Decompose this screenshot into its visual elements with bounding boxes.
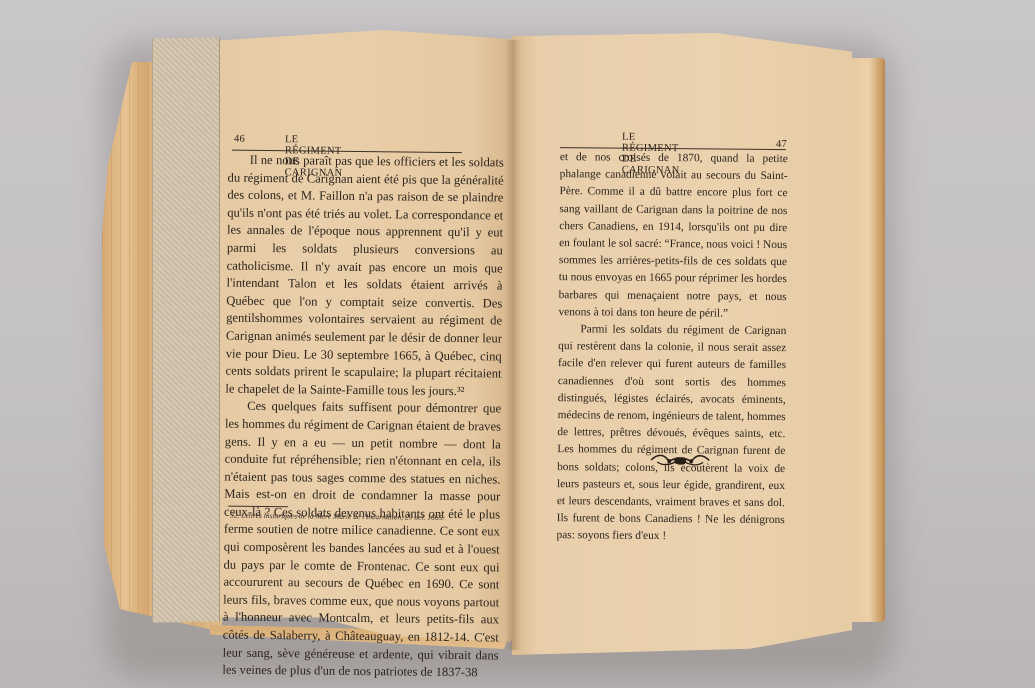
right-paragraph-1: et de nos croisés de 1870, quand la peti…	[558, 149, 787, 323]
cul-de-lampe-ornament-icon	[649, 452, 711, 469]
right-body-text: et de nos croisés de 1870, quand la peti…	[556, 149, 787, 547]
book-gutter	[505, 40, 521, 650]
left-page-number: 46	[234, 134, 245, 145]
left-body-text: Il ne nous paraît pas que les officiers …	[222, 152, 504, 683]
left-paragraph-2: Ces quelques faits suffisent pour démont…	[222, 398, 501, 682]
right-paragraph-2: Parmi les soldats du régiment de Carigna…	[556, 321, 786, 547]
left-paragraph-1: Il ne nous paraît pas que les officiers …	[225, 152, 504, 401]
binding-tape	[152, 37, 220, 622]
